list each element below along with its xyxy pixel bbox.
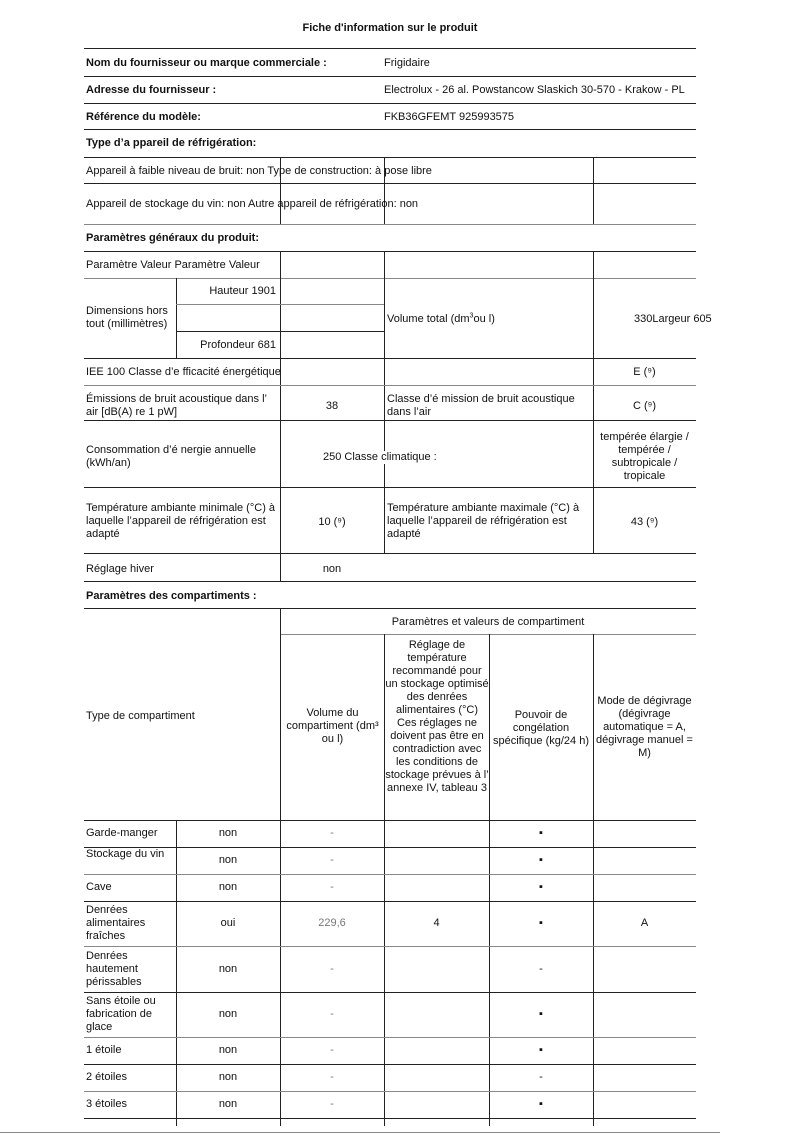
divider: [84, 992, 696, 993]
compartment-present: non: [176, 1008, 280, 1021]
divider: [84, 1118, 696, 1119]
divider: [84, 76, 696, 77]
min-temp-value: 10 (⁹): [280, 516, 384, 529]
divider: [84, 581, 696, 582]
divider: [84, 553, 696, 554]
supplier-name-label: Nom du fournisseur ou marque commerciale…: [86, 57, 327, 70]
page-title: Fiche d'information sur le produit: [0, 22, 780, 35]
divider: [84, 251, 696, 252]
compartment-present: non: [176, 881, 280, 894]
divider: [84, 901, 696, 902]
noise-class-label: Classe d’é mission de bruit acoustique d…: [387, 393, 587, 419]
compartment-volume: -: [280, 1071, 384, 1084]
divider: [84, 874, 696, 875]
compartment-volume: 229,6: [280, 917, 384, 930]
appliance-type-row2: Appareil de stockage du vin: non Autre a…: [86, 198, 418, 211]
divider: [176, 331, 384, 332]
col-temp-header: Réglage de température recommandé pour u…: [385, 639, 489, 795]
depth-value: Profondeur 681: [176, 339, 276, 352]
compartments-heading: Paramètres des compartiments :: [86, 590, 257, 603]
supplier-name-value: Frigidaire: [384, 57, 430, 70]
divider: [84, 358, 696, 359]
model-value: FKB36GFEMT 925993575: [384, 111, 514, 124]
noise-label: Émissions de bruit acoustique dans l’ ai…: [86, 393, 276, 419]
appliance-type-heading: Type d’a ppareil de réfrigération:: [86, 137, 256, 150]
col-volume-header: Volume du compartiment (dm³ ou l): [281, 707, 384, 746]
compartment-freeze: ▪: [489, 827, 593, 840]
compartment-type: Garde-manger: [86, 827, 174, 840]
compartment-freeze: ▪: [489, 854, 593, 867]
compartment-freeze: ▪: [489, 1098, 593, 1111]
compartment-present: non: [176, 1098, 280, 1111]
divider: [84, 183, 696, 184]
col-freeze-header: Pouvoir de congélation spécifique (kg/24…: [489, 709, 593, 748]
compartment-type: Stockage du vin: [86, 848, 174, 861]
climate-class-value: tempérée élargie / tempérée / subtropica…: [593, 431, 696, 483]
compartment-temp: 4: [384, 917, 489, 930]
divider: [84, 224, 696, 225]
compartment-group-header: Paramètres et valeurs de compartiment: [280, 616, 696, 629]
divider: [84, 946, 696, 947]
cell-border: [384, 251, 385, 553]
compartment-type: 2 étoiles: [86, 1071, 174, 1084]
compartment-freeze: ▪: [489, 1008, 593, 1021]
compartment-freeze: ▪: [489, 1044, 593, 1057]
divider: [84, 1064, 696, 1065]
energy-label: Consommation d’é nergie annuelle (kWh/an…: [86, 444, 276, 470]
appliance-type-row1: Appareil à faible niveau de bruit: non T…: [86, 165, 432, 178]
compartment-volume: -: [280, 963, 384, 976]
divider: [84, 103, 696, 104]
col-defrost-header: Mode de dégivrage (dégivrage automatique…: [593, 695, 696, 760]
compartment-volume: -: [280, 854, 384, 867]
model-label: Référence du modèle:: [86, 111, 201, 124]
compartment-defrost: A: [593, 917, 696, 930]
winter-setting-label: Réglage hiver: [86, 563, 154, 576]
compartment-volume: -: [280, 1098, 384, 1111]
supplier-address-value: Electrolux - 26 al. Powstancow Slaskich …: [384, 84, 685, 97]
compartment-volume: -: [280, 1008, 384, 1021]
divider: [84, 608, 696, 609]
volume-label: Volume total (dm3ou l): [387, 313, 495, 326]
general-heading: Paramètres généraux du produit:: [86, 232, 259, 245]
divider: [84, 820, 696, 821]
divider: [84, 487, 696, 488]
divider: [176, 304, 384, 305]
divider: [280, 634, 696, 635]
page-edge: [0, 1132, 720, 1133]
compartment-freeze: ▪: [489, 917, 593, 930]
compartment-volume: -: [280, 1044, 384, 1057]
general-header-row: Paramètre Valeur Paramètre Valeur: [86, 259, 260, 272]
compartment-type: Denrées alimentaires fraîches: [86, 904, 174, 943]
compartment-type: Sans étoile ou fabrication de glace: [86, 995, 174, 1034]
compartment-freeze: ▪: [489, 881, 593, 894]
noise-value: 38: [280, 400, 384, 413]
volume-value: 330Largeur 605: [634, 313, 712, 326]
cell-border: [280, 251, 281, 581]
divider: [84, 48, 696, 49]
compartment-present: non: [176, 827, 280, 840]
compartment-present: oui: [176, 917, 280, 930]
compartment-type: 1 étoile: [86, 1044, 174, 1057]
compartment-type-header: Type de compartiment: [86, 710, 195, 723]
cell-border: [593, 157, 594, 224]
compartment-present: non: [176, 963, 280, 976]
compartment-volume: -: [280, 827, 384, 840]
max-temp-value: 43 (⁹): [593, 516, 696, 529]
noise-class-value: C (⁹): [593, 400, 696, 413]
eei-class: E (⁹): [593, 366, 696, 379]
divider: [84, 129, 696, 130]
compartment-freeze: -: [489, 1071, 593, 1084]
supplier-address-label: Adresse du fournisseur :: [86, 84, 216, 97]
height-value: Hauteur 1901: [176, 285, 276, 298]
energy-value: 250 Classe climatique :: [323, 451, 437, 464]
divider: [84, 847, 696, 848]
dimensions-label: Dimensions hors tout (millimètres): [86, 305, 176, 331]
min-temp-label: Température ambiante minimale (°C) à laq…: [86, 502, 278, 541]
compartment-present: non: [176, 854, 280, 867]
compartment-present: non: [176, 1044, 280, 1057]
divider: [84, 420, 696, 421]
divider: [84, 1037, 696, 1038]
max-temp-label: Température ambiante maximale (°C) à laq…: [387, 502, 587, 541]
divider: [84, 157, 696, 158]
compartment-present: non: [176, 1071, 280, 1084]
divider: [84, 1091, 696, 1092]
compartment-freeze: -: [489, 963, 593, 976]
compartment-type: Denrées hautement périssables: [86, 950, 174, 989]
compartment-type: Cave: [86, 881, 174, 894]
eei-label: IEE 100 Classe d’e fficacité énergétique: [86, 366, 281, 379]
compartment-type: 3 étoiles: [86, 1098, 174, 1111]
divider: [84, 385, 696, 386]
compartment-volume: -: [280, 881, 384, 894]
winter-setting-value: non: [280, 563, 384, 576]
